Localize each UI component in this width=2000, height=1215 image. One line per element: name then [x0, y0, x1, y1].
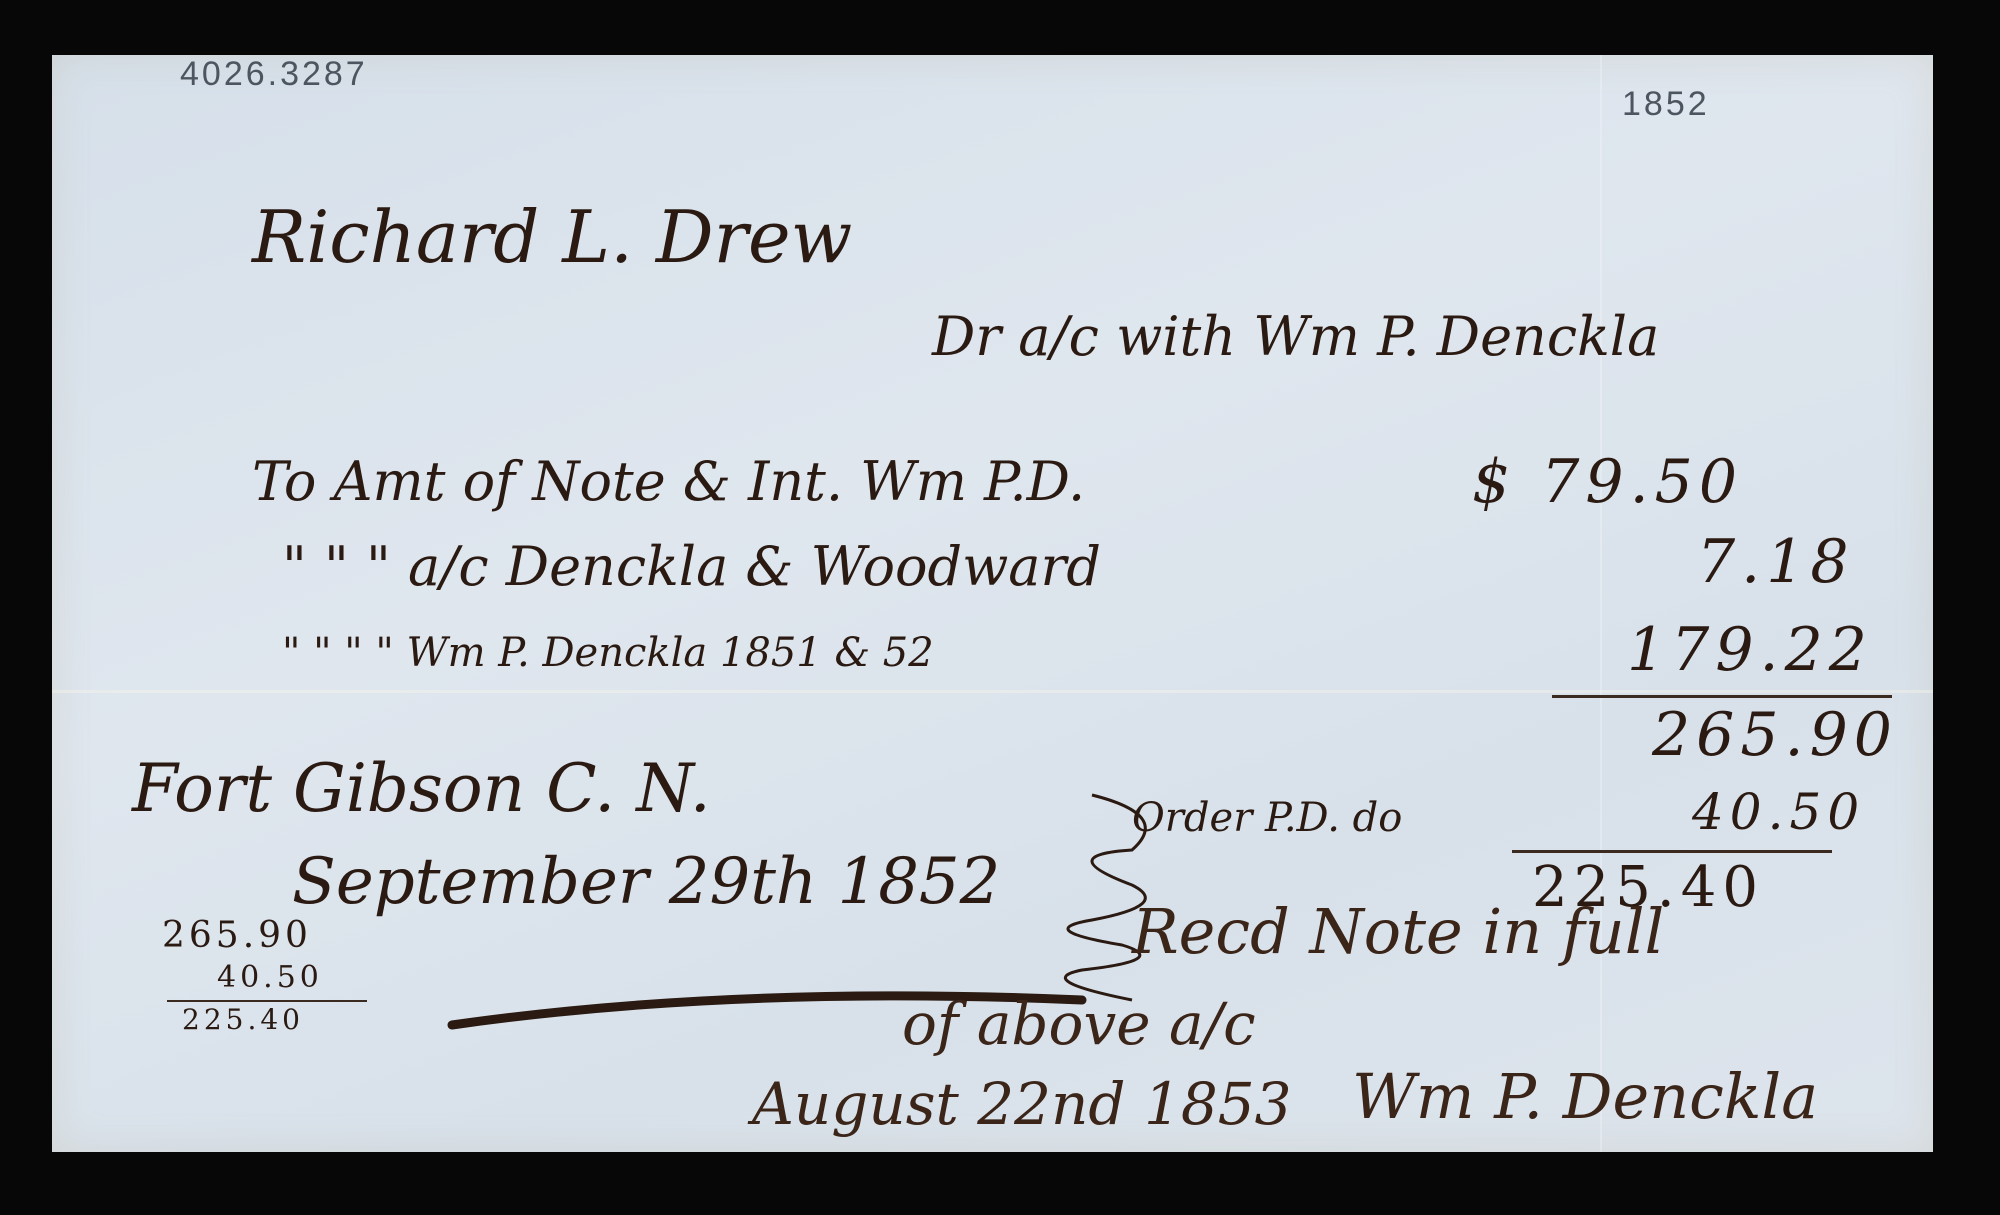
receipt-paper: 4026.3287 1852 Richard L. Drew Dr a/c wi… [52, 55, 1933, 1152]
order-amount: 40.50 [1692, 783, 1865, 841]
item-3-description: " " " " Wm P. Denckla 1851 & 52 [282, 630, 934, 676]
item-1-amount: $ 79.50 [1472, 447, 1743, 517]
margin-calc-result: 225.40 [182, 1003, 304, 1036]
fold-crease-vertical [1600, 55, 1602, 1152]
item-3-amount: 179.22 [1627, 615, 1873, 685]
receipt-line-2: of above a/c [902, 990, 1256, 1058]
year-note: 1852 [1622, 85, 1710, 124]
item-2-amount: 7.18 [1697, 527, 1855, 597]
margin-calc-rule [167, 1000, 367, 1002]
receipt-line-1: Recd Note in full [1132, 895, 1664, 968]
margin-calc-line2: 40.50 [217, 960, 323, 995]
receipt-date: August 22nd 1853 [752, 1070, 1292, 1138]
item-1-description: To Amt of Note & Int. Wm P.D. [252, 450, 1085, 513]
addressee: Richard L. Drew [252, 195, 852, 279]
account-line: Dr a/c with Wm P. Denckla [932, 305, 1659, 368]
catalog-number: 4026.3287 [180, 55, 368, 94]
subtotal: 265.90 [1652, 700, 1898, 770]
subtotal-rule [1552, 695, 1892, 698]
signature: Wm P. Denckla [1352, 1060, 1818, 1133]
item-2-description: " " " a/c Denckla & Woodward [282, 535, 1101, 598]
fold-crease-horizontal [52, 690, 1933, 693]
order-description: Order P.D. do [1132, 795, 1402, 841]
margin-calc-line1: 265.90 [162, 915, 312, 956]
total-rule [1512, 850, 1832, 853]
